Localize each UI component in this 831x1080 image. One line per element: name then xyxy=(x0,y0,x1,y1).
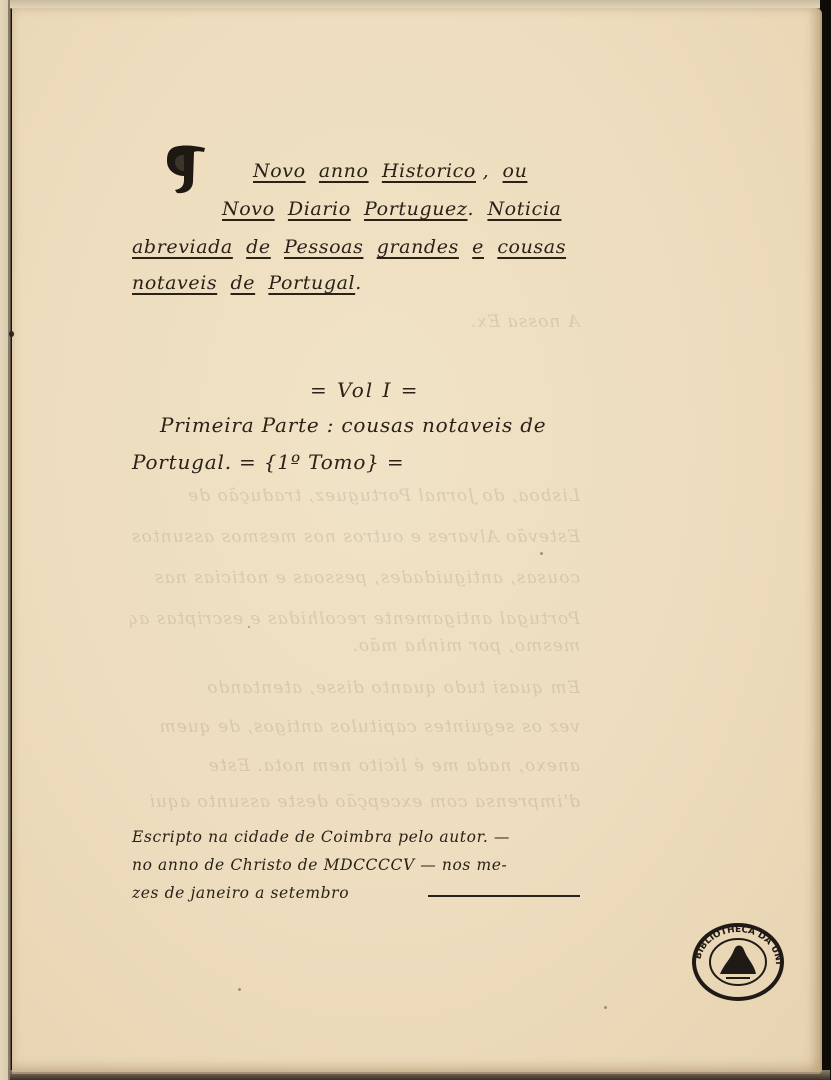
bleed-through-line: Em quasi tudo quanto disse, atentando xyxy=(130,678,580,698)
part-line-2: Portugal. = {1º Tomo} = xyxy=(132,450,404,474)
title-word: Portugal xyxy=(268,272,355,294)
title-word: Historico xyxy=(382,160,476,182)
bleed-through-line: anexo, nada me é lícito nem nota. Este xyxy=(130,756,580,776)
title-line-4: notaveis de Portugal. xyxy=(132,272,362,294)
colophon-rule xyxy=(428,895,580,897)
title-word: notaveis xyxy=(132,272,217,294)
paper-speck xyxy=(604,1006,607,1009)
bleed-through-line: Lisboa, do Jornal Portuguez, tradução de xyxy=(130,486,580,506)
title-punct: , xyxy=(483,160,490,182)
volume-label: = Vol I = xyxy=(310,378,420,402)
part-line-1: Primeira Parte : cousas notaveis de xyxy=(160,413,546,437)
colophon-line-3: zes de janeiro a setembro xyxy=(132,884,349,902)
title-punct: . xyxy=(468,198,475,220)
paper-speck xyxy=(238,988,241,991)
title-word: Portuguez xyxy=(364,198,467,220)
title-line-1: Novo anno Historico , ou xyxy=(253,160,527,182)
title-word: abreviada xyxy=(132,236,233,258)
title-word: ou xyxy=(503,160,528,182)
bleed-through-line: d'imprensa com excepção deste assunto aq… xyxy=(130,792,580,812)
paper-speck xyxy=(540,552,543,555)
bleed-through-line: vez os seguintes capitulos antigos, de q… xyxy=(130,717,580,737)
bleed-through-line: Estevão Alvares e outros nos mesmos assu… xyxy=(130,527,580,547)
scanned-page-view: A nossa Ex. Lisboa, do Jornal Portuguez,… xyxy=(0,0,831,1080)
paper-speck xyxy=(248,626,250,628)
title-word: de xyxy=(246,236,271,258)
title-word: Noticia xyxy=(487,198,561,220)
title-word: Diario xyxy=(288,198,351,220)
title-word: anno xyxy=(319,160,369,182)
title-word: Novo xyxy=(222,198,275,220)
title-word: cousas xyxy=(497,236,566,258)
title-line-2: Novo Diario Portuguez. Noticia xyxy=(222,198,561,220)
colophon-line-1: Escripto na cidade de Coimbra pelo autor… xyxy=(132,828,510,846)
bleed-through-line: Portugal antigamente recolhidas e escrip… xyxy=(130,609,580,629)
bleed-through-line: cousas, antiguidades, pessoas e noticias… xyxy=(130,568,580,588)
bleed-through-line: A nossa Ex. xyxy=(130,312,580,332)
title-word: Pessoas xyxy=(284,236,363,258)
decorative-initial-icon xyxy=(163,143,209,195)
title-word: de xyxy=(231,272,256,294)
title-word: e xyxy=(472,236,484,258)
margin-ink-mark xyxy=(9,331,14,337)
library-stamp-icon: BIBLIOTHECA DA UNIVERSIDADE DE xyxy=(690,920,786,1002)
binding-edge-line xyxy=(8,0,11,1080)
title-line-3: abreviada de Pessoas grandes e cousas xyxy=(132,236,566,258)
title-word: Novo xyxy=(253,160,306,182)
colophon-line-2: no anno de Christo de MDCCCCV — nos me- xyxy=(132,856,507,874)
title-word: grandes xyxy=(377,236,459,258)
bleed-through-line: mesmo, por minha mão. xyxy=(130,636,580,656)
title-punct: . xyxy=(355,272,362,294)
